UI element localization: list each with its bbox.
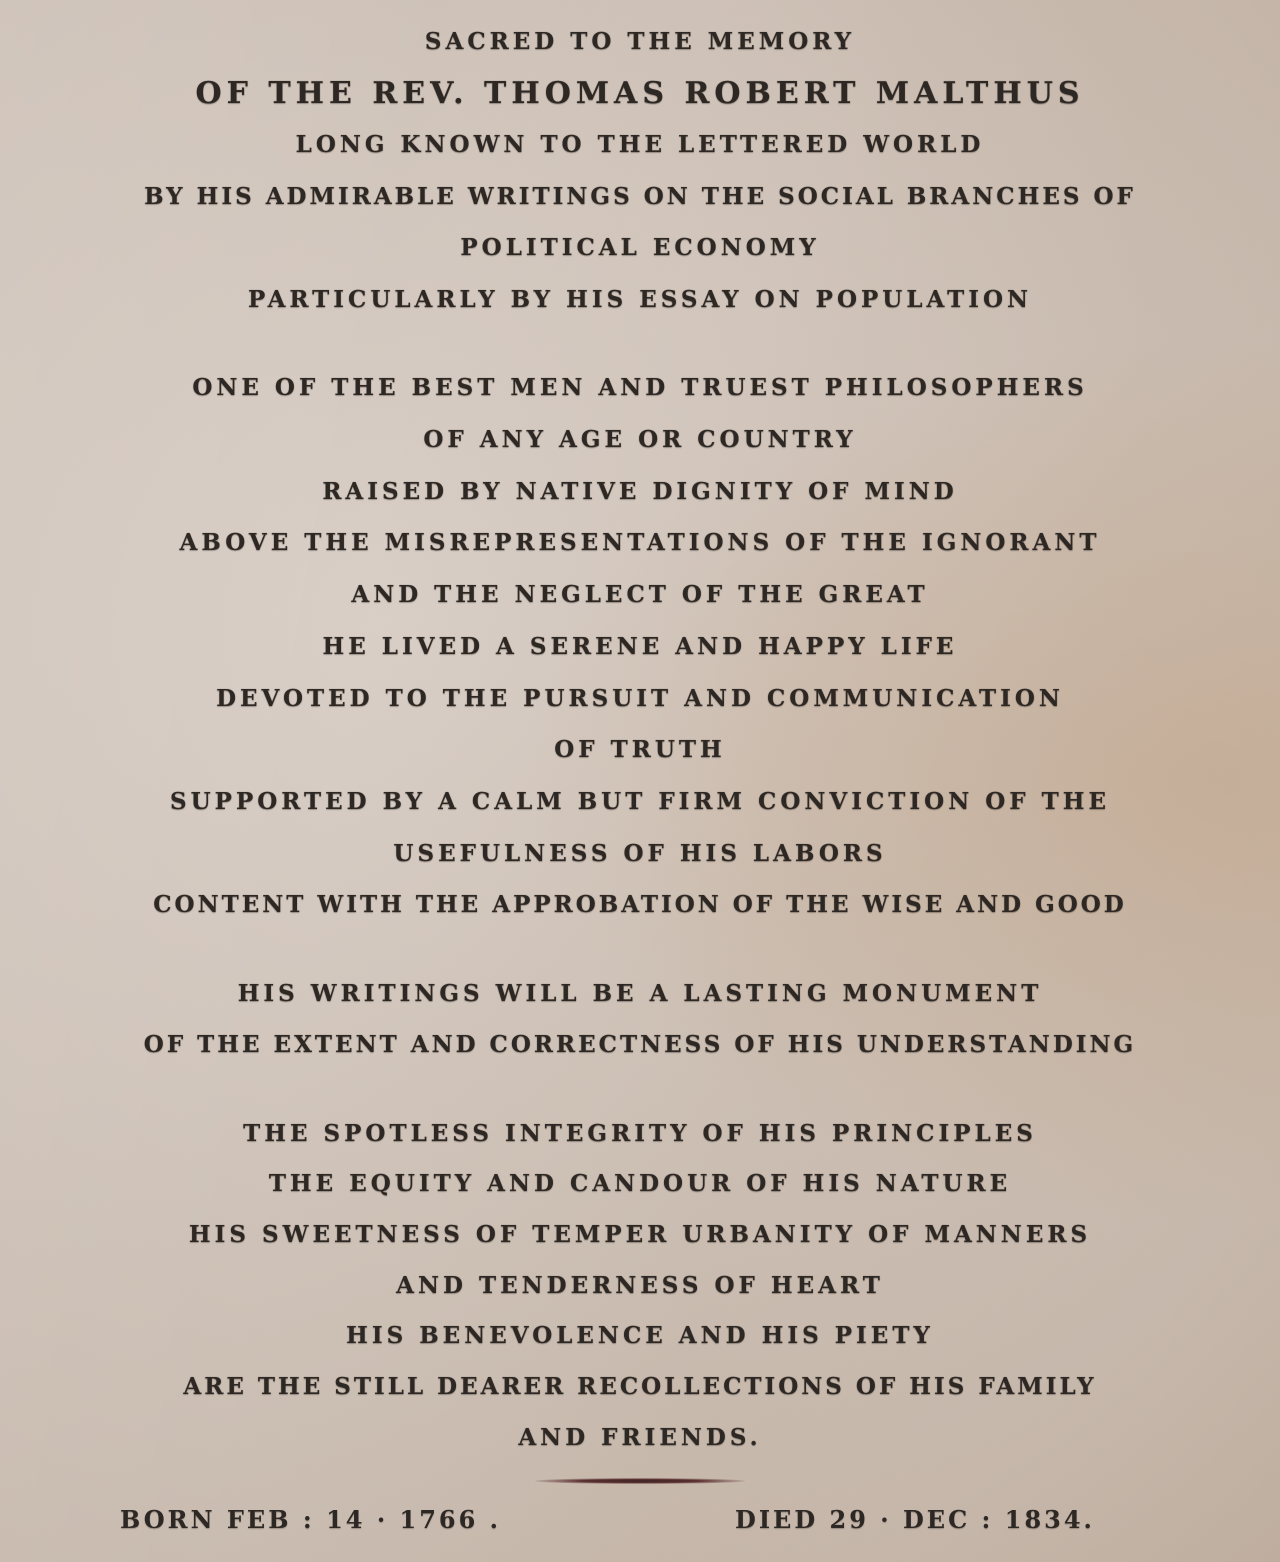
- memorial-plaque: SACRED TO THE MEMORY OF THE REV. THOMAS …: [0, 0, 1280, 1562]
- inscription-line: SACRED TO THE MEMORY: [0, 28, 1280, 55]
- inscription-line: THE SPOTLESS INTEGRITY OF HIS PRINCIPLES: [0, 1120, 1280, 1147]
- inscription-line: HIS SWEETNESS OF TEMPER URBANITY OF MANN…: [0, 1221, 1280, 1248]
- inscription-line: POLITICAL ECONOMY: [0, 234, 1280, 261]
- inscription-line: LONG KNOWN TO THE LETTERED WORLD: [0, 131, 1280, 158]
- inscription-line: HE LIVED A SERENE AND HAPPY LIFE: [0, 633, 1280, 660]
- inscription-line: PARTICULARLY BY HIS ESSAY ON POPULATION: [0, 286, 1280, 313]
- inscription-line: OF ANY AGE OR COUNTRY: [0, 426, 1280, 453]
- inscription-line: ARE THE STILL DEARER RECOLLECTIONS OF HI…: [0, 1373, 1280, 1400]
- inscription-line: OF TRUTH: [0, 736, 1280, 763]
- divider-rule: [535, 1478, 745, 1484]
- inscription-line: OF THE EXTENT AND CORRECTNESS OF HIS UND…: [0, 1031, 1280, 1058]
- death-date: DIED 29 · DEC : 1834.: [735, 1505, 1095, 1534]
- inscription-line: AND TENDERNESS OF HEART: [0, 1272, 1280, 1299]
- inscription-line: CONTENT WITH THE APPROBATION OF THE WISE…: [0, 891, 1280, 918]
- inscription-line: THE EQUITY AND CANDOUR OF HIS NATURE: [0, 1170, 1280, 1197]
- inscription-line: AND THE NEGLECT OF THE GREAT: [0, 581, 1280, 608]
- inscription-line: ABOVE THE MISREPRESENTATIONS OF THE IGNO…: [0, 529, 1280, 556]
- inscription-line: HIS WRITINGS WILL BE A LASTING MONUMENT: [0, 980, 1280, 1007]
- inscription-line: SUPPORTED BY A CALM BUT FIRM CONVICTION …: [0, 788, 1280, 815]
- inscription-line: AND FRIENDS.: [0, 1424, 1280, 1451]
- inscription-line: BY HIS ADMIRABLE WRITINGS ON THE SOCIAL …: [0, 183, 1280, 210]
- inscription-line: HIS BENEVOLENCE AND HIS PIETY: [0, 1322, 1280, 1349]
- birth-date: BORN FEB : 14 · 1766 .: [120, 1505, 501, 1534]
- inscription-line: USEFULNESS OF HIS LABORS: [0, 840, 1280, 867]
- inscription-line: ONE OF THE BEST MEN AND TRUEST PHILOSOPH…: [0, 374, 1280, 401]
- inscription-line: DEVOTED TO THE PURSUIT AND COMMUNICATION: [0, 685, 1280, 712]
- inscription-line: RAISED BY NATIVE DIGNITY OF MIND: [0, 478, 1280, 505]
- inscription-line-name: OF THE REV. THOMAS ROBERT MALTHUS: [0, 76, 1280, 111]
